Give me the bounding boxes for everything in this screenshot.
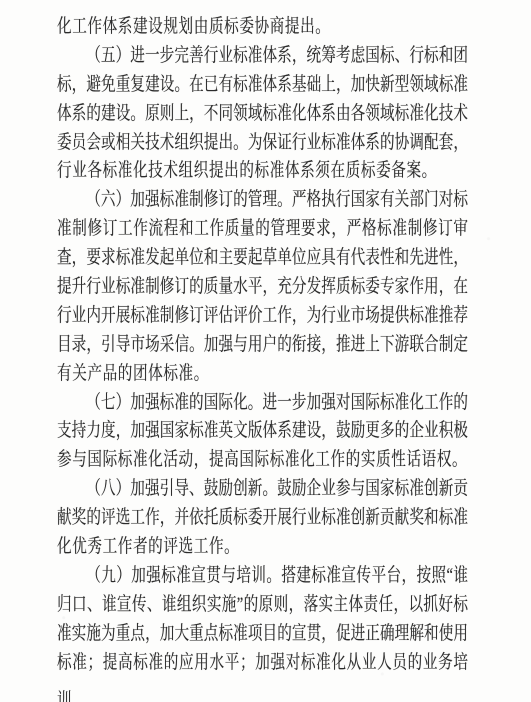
document-text-block: 化工作体系建设规划由质标委协商提出。 （五）进一步完善行业标准体系，统筹考虑国标…: [57, 13, 468, 677]
document-page: 化工作体系建设规划由质标委协商提出。 （五）进一步完善行业标准体系，统筹考虑国标…: [0, 0, 531, 702]
text-line: 标准；提高标准的应用水平；加强对标准化从业人员的业务培训，: [57, 644, 468, 682]
